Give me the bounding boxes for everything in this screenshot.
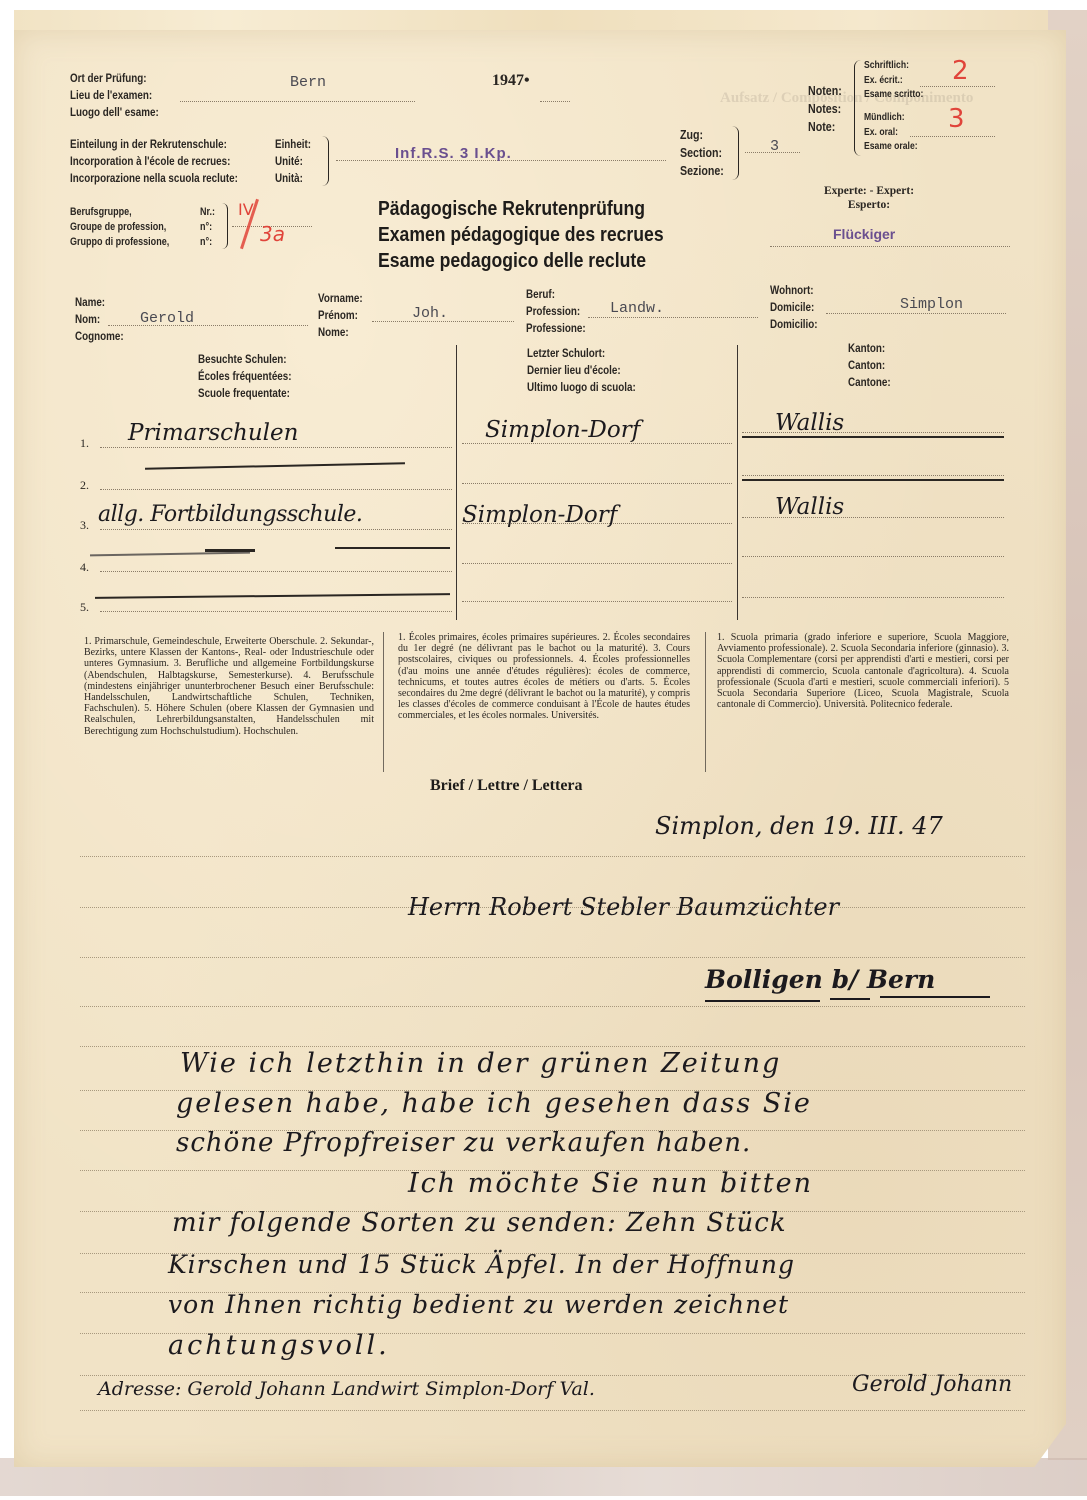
profession-group-label-it: Gruppo di professione, [70,235,169,250]
school-canton-field[interactable] [742,556,1004,557]
profession-value: Landw. [610,300,664,317]
profession-field[interactable] [588,317,758,318]
ditto-stroke [335,547,450,549]
unit-stamp-value: Inf.R.S. 3 I.Kp. [395,145,512,162]
domicile-field[interactable] [826,313,1006,314]
letter-recipient: Herrn Robert Stebler Baumzüchter [408,893,839,921]
nr-label-de: Nr.: [200,205,215,220]
section-label-it: Sezione: [680,162,724,180]
schools-divider-2 [737,345,738,620]
school-field[interactable] [100,571,452,572]
letter-signature: Gerold Johann [852,1372,1012,1397]
school-canton-value: Wallis [775,410,844,436]
school-place-value: Simplon-Dorf [485,417,640,443]
footnote-divider-1 [383,632,384,772]
unit-label-fr: Incorporation à l'école de recrues: [70,153,238,170]
schools-divider-1 [456,345,457,620]
canton-strike-rule [742,479,1004,481]
expert-field[interactable] [770,246,1010,247]
letter-date-line: Simplon, den 19. III. 47 [655,812,943,840]
profession-label-de: Beruf: [526,286,586,303]
domicile-value: Simplon [900,296,963,313]
school-value: Primarschulen [128,420,298,446]
canton-label-it: Cantone: [848,374,891,391]
expert-label-it: Esperto: [814,198,924,212]
unit-brace [322,136,329,186]
exam-place-labels: Ort der Prüfung: Lieu de l'examen: Luogo… [70,70,178,121]
unit-label-de: Einteilung in der Rekrutenschule: [70,136,238,153]
oral-grade-labels: Mündlich: Ex. oral: Esame orale: [864,110,929,154]
unit-label-it: Incorporazione nella scuola reclute: [70,170,238,187]
canton-label-fr: Canton: [848,357,891,374]
name-label-it: Cognome: [75,328,124,345]
schools-label-it: Scuole frequentate: [198,385,292,402]
section-label-fr: Section: [680,144,724,162]
profession-group-value-bottom: 3a [260,222,285,246]
school-place-value: Simplon-Dorf [462,502,617,528]
underline-stroke [705,1000,820,1002]
oral-label-de: Mündlich: [864,110,918,125]
canton-label-de: Kanton: [848,340,891,357]
school-place-field[interactable] [462,601,732,602]
profession-group-nr-labels: Nr.: n°: n°: [200,205,218,250]
section-label-de: Zug: [680,126,724,144]
school-field[interactable] [100,447,452,448]
letter-body-line-1: Wie ich letzthin in der grünen Zeitung [180,1048,781,1079]
first-name-label-fr: Prénom: [318,307,363,324]
domicile-label-it: Domicilio: [770,316,818,333]
grades-brace [854,60,861,156]
oral-label-it: Esame orale: [864,139,918,154]
school-field[interactable] [100,611,452,612]
grades-label-de: Noten: [808,82,842,100]
profession-group-label-fr: Groupe de profession, [70,220,169,235]
school-canton-field[interactable] [742,475,1004,476]
grades-label-it: Note: [808,118,842,136]
written-grade-field[interactable] [920,86,995,87]
profession-labels: Beruf: Profession: Professione: [526,286,599,337]
footnote-it: 1. Scuola primaria (grado inferiore e su… [717,632,1009,710]
unit-sub-label-de: Einheit: [275,136,311,153]
letter-body-line-5: mir folgende Sorten zu senden: Zehn Stüc… [172,1208,787,1238]
ditto-stroke [205,549,255,552]
written-label-it: Esame scritto: [864,87,923,102]
last-place-label-it: Ultimo luogo di scuola: [527,379,636,396]
written-grade-value: 2 [952,56,969,86]
footnote-fr: 1. Écoles primaires, écoles primaires su… [398,632,690,722]
letter-recipient-place: Bolligen b/ Bern [705,965,935,994]
section-labels: Zug: Section: Sezione: [680,126,733,180]
letter-body-line-2: gelesen habe, habe ich gesehen dass Sie [176,1088,812,1119]
letter-body-line-4: Ich möchte Sie nun bitten [408,1168,813,1199]
last-place-label-fr: Dernier lieu d'école: [527,362,636,379]
domicile-label-fr: Domicile: [770,299,818,316]
section-brace [732,126,739,180]
first-name-label-it: Nome: [318,324,363,341]
canton-col-labels: Kanton: Canton: Cantone: [848,340,900,391]
form-title: Pädagogische Rekrutenprüfung Examen péda… [378,196,703,274]
exam-place-label-fr: Lieu de l'examen: [70,87,159,104]
exam-date-field[interactable] [540,101,570,102]
footnote-divider-2 [705,632,706,772]
letter-address-line: Adresse: Gerold Johann Landwirt Simplon-… [98,1378,595,1400]
domicile-label-de: Wohnort: [770,282,818,299]
form-title-it: Esame pedagogico delle reclute [378,248,664,274]
school-canton-field[interactable] [742,597,1004,598]
letter-rule [80,856,1025,857]
canton-strike-rule [742,436,1004,438]
unit-labels: Einteilung in der Rekrutenschule: Incorp… [70,136,275,187]
profession-label-it: Professione: [526,320,586,337]
school-place-field[interactable] [462,483,732,484]
schools-label-de: Besuchte Schulen: [198,351,292,368]
letter-body-line-3: schöne Pfropfreiser zu verkaufen haben. [176,1128,751,1158]
written-label-de: Schriftlich: [864,58,923,73]
unit-sub-label-it: Unità: [275,170,311,187]
grades-labels: Noten: Notes: Note: [808,82,849,136]
school-field[interactable] [100,489,452,490]
letter-rule [80,1006,1025,1007]
schools-label-fr: Écoles fréquentées: [198,368,292,385]
domicile-labels: Wohnort: Domicile: Domicilio: [770,282,828,333]
exam-place-value: Bern [290,74,326,91]
letter-rule [80,957,1025,958]
row-number: 2. [80,478,89,493]
first-name-labels: Vorname: Prénom: Nome: [318,290,372,341]
written-label-fr: Ex. écrit.: [864,73,923,88]
school-place-field[interactable] [462,443,732,444]
nr-label-fr: n°: [200,220,215,235]
form-title-de: Pädagogische Rekrutenprüfung [378,196,664,222]
schools-col-labels: Besuchte Schulen: Écoles fréquentées: Sc… [198,351,312,402]
letter-body-line-7: von Ihnen richtig bedient zu werden zeic… [168,1290,789,1319]
school-value: allg. Fortbildungsschule. [98,502,362,527]
form-title-fr: Examen pédagogique des recrues [378,222,664,248]
name-field[interactable] [108,325,308,326]
profession-group-labels: Berufsgruppe, Groupe de profession, Grup… [70,205,191,250]
name-labels: Name: Nom: Cognome: [75,294,134,345]
profession-group-label-de: Berufsgruppe, [70,205,169,220]
written-grade-labels: Schriftlich: Ex. écrit.: Esame scritto: [864,58,936,102]
profession-group-brace [222,203,228,249]
row-number: 1. [80,436,89,451]
expert-labels: Experte: - Expert: Esperto: [814,184,924,212]
grades-label-fr: Notes: [808,100,842,118]
expert-stamp-value: Flückiger [833,226,895,242]
school-canton-value: Wallis [775,494,844,520]
row-number: 3. [80,518,89,533]
last-place-label-de: Letzter Schulort: [527,345,636,362]
oral-grade-field[interactable] [910,136,995,137]
exam-place-label-it: Luogo dell' esame: [70,104,159,121]
exam-place-label-de: Ort der Prüfung: [70,70,159,87]
row-number: 5. [80,600,89,615]
underline-stroke [830,998,870,1000]
letter-body-line-8: achtungsvoll. [168,1330,390,1361]
exam-place-field[interactable] [180,101,415,102]
name-label-de: Name: [75,294,124,311]
school-field[interactable] [100,529,452,530]
letter-body-line-6: Kirschen und 15 Stück Äpfel. In der Hoff… [168,1250,795,1279]
first-name-label-de: Vorname: [318,290,363,307]
first-name-value: Joh. [412,305,448,322]
nr-label-it: n°: [200,235,215,250]
expert-label-de-fr: Experte: - Expert: [814,184,924,198]
oral-grade-value: 3 [948,104,965,134]
last-place-col-labels: Letzter Schulort: Dernier lieu d'école: … [527,345,660,396]
school-place-field[interactable] [462,563,732,564]
unit-sub-labels: Einheit: Unité: Unità: [275,136,319,187]
row-number: 4. [80,560,89,575]
section-value: 3 [770,138,779,155]
letter-rule [80,1410,1025,1411]
profession-label-fr: Profession: [526,303,586,320]
exam-year: 1947• [492,72,530,90]
name-value: Gerold [140,310,194,327]
footnote-de: 1. Primarschule, Gemeindeschule, Erweite… [84,636,374,737]
letter-heading: Brief / Lettre / Lettera [430,777,583,795]
letter-rule [80,1046,1025,1047]
unit-sub-label-fr: Unité: [275,153,311,170]
page-edge-top [14,10,1079,32]
underline-stroke [880,996,990,998]
